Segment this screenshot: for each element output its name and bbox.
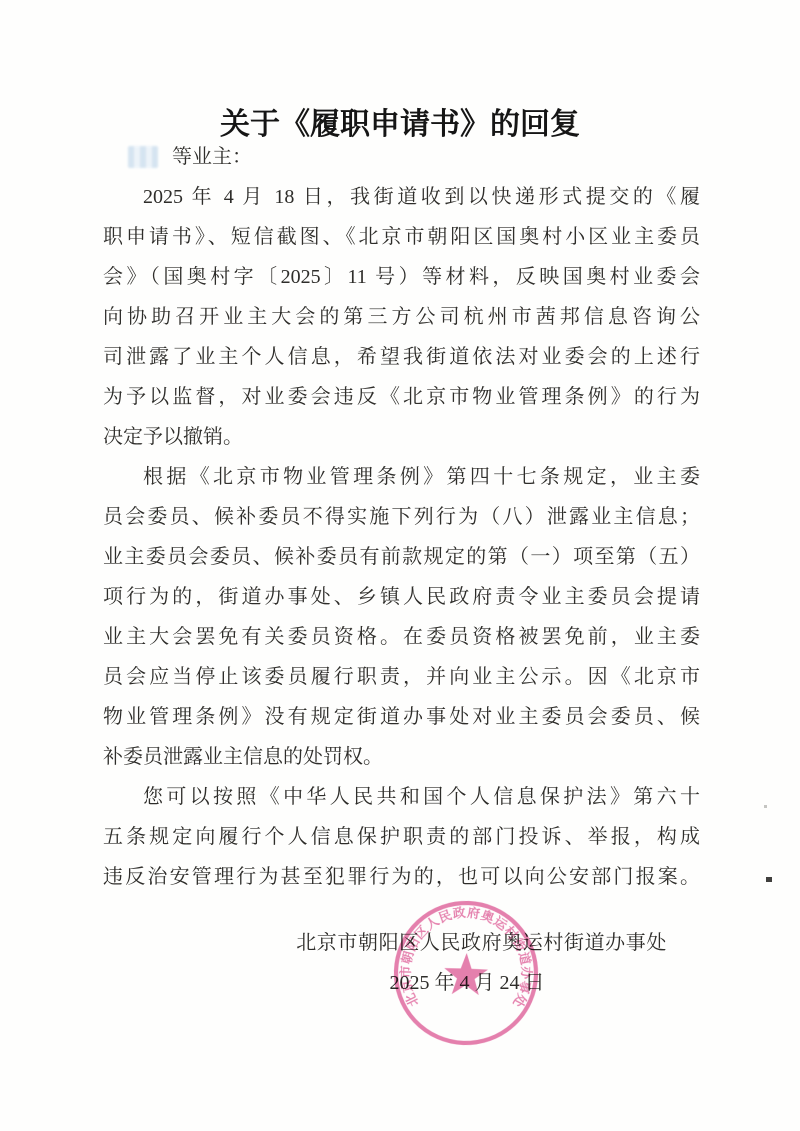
body-line: 职申请书》、短信截图、《北京市朝阳区国奥村小区业主委员: [103, 217, 700, 257]
redacted-name-blur: [128, 146, 158, 168]
body-line: 业主委员会委员、候补委员有前款规定的第（一）项至第（五）: [103, 537, 700, 577]
body-line: 五条规定向履行个人信息保护职责的部门投诉、举报，构成: [103, 817, 700, 857]
scan-artifact-speck: [766, 877, 772, 882]
body-line: 您可以按照《中华人民共和国个人信息保护法》第六十: [103, 777, 700, 817]
body-line: 业主大会罢免有关委员资格。在委员资格被罢免前，业主委: [103, 617, 700, 657]
document-body: 2025 年 4 月 18 日，我街道收到以快递形式提交的《履职申请书》、短信截…: [103, 177, 700, 897]
scanned-letter-page: 关于《履职申请书》的回复 等业主： 2025 年 4 月 18 日，我街道收到以…: [0, 0, 800, 1131]
salutation-row: 等业主：: [128, 143, 252, 171]
signature-line: 北京市朝阳区人民政府奥运村街道办事处: [296, 923, 667, 963]
body-line: 司泄露了业主个人信息，希望我街道依法对业委会的上述行: [103, 337, 700, 377]
body-line: 项行为的，街道办事处、乡镇人民政府责令业主委员会提请: [103, 577, 700, 617]
date-line: 2025 年 4 月 24 日: [287, 963, 647, 1003]
body-line: 员会委员、候补委员不得实施下列行为（八）泄露业主信息；: [103, 497, 700, 537]
body-line: 决定予以撤销。: [103, 417, 700, 457]
body-line: 为予以监督，对业委会违反《北京市物业管理条例》的行为: [103, 377, 700, 417]
body-line: 2025 年 4 月 18 日，我街道收到以快递形式提交的《履: [103, 177, 700, 217]
body-line: 员会应当停止该委员履行职责，并向业主公示。因《北京市: [103, 657, 700, 697]
document-title: 关于《履职申请书》的回复: [0, 99, 800, 143]
salutation-text: 等业主：: [172, 143, 252, 171]
body-line: 物业管理条例》没有规定街道办事处对业主委员会委员、候: [103, 697, 700, 737]
body-line: 会》（国奥村字〔2025〕11 号）等材料，反映国奥村业委会: [103, 257, 700, 297]
body-line: 向协助召开业主大会的第三方公司杭州市茜邦信息咨询公: [103, 297, 700, 337]
scan-artifact-speck: [764, 805, 767, 808]
body-line: 根据《北京市物业管理条例》第四十七条规定，业主委: [103, 457, 700, 497]
body-line: 补委员泄露业主信息的处罚权。: [103, 737, 700, 777]
body-line: 违反治安管理行为甚至犯罪行为的，也可以向公安部门报案。: [103, 857, 700, 897]
